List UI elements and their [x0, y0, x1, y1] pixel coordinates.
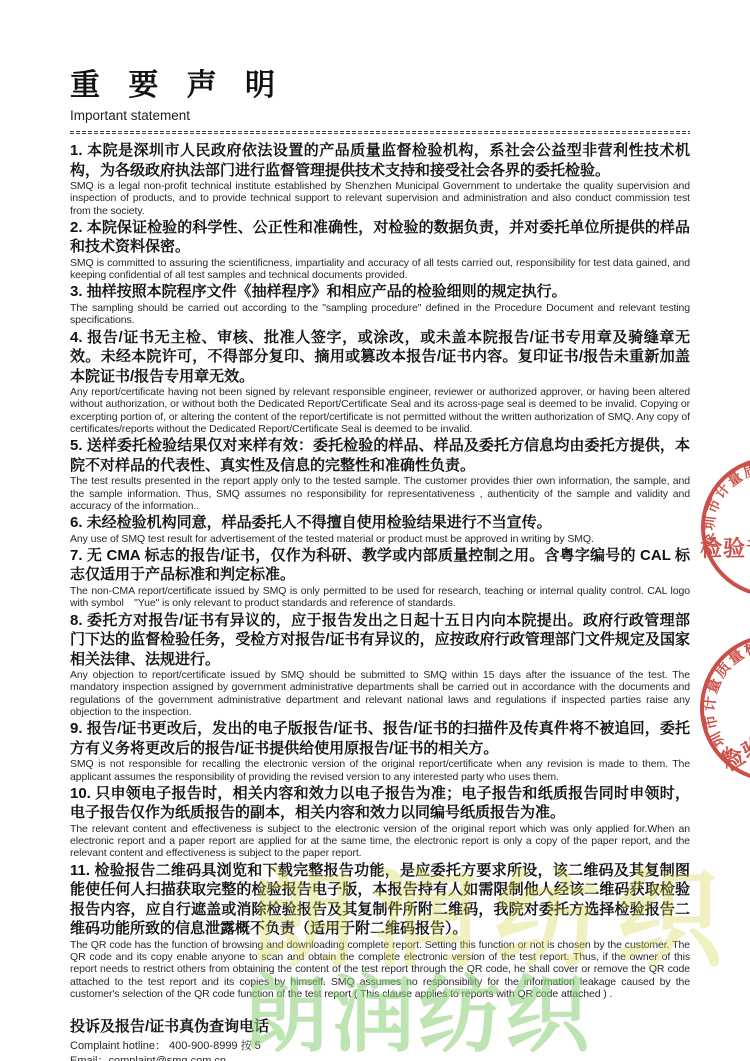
statement-text-zh: 1. 本院是深圳市人民政府依法设置的产品质量监督检验机构，系社会公益型非营利性技… — [70, 141, 690, 180]
statement-text-zh: 10. 只申领电子报告时，相关内容和效力以电子报告为准；电子报告和纸质报告同时申… — [70, 784, 690, 823]
statement-text-en: The relevant content and effectiveness i… — [70, 823, 690, 860]
statement-text-zh: 8. 委托方对报告/证书有异议的，应于报告发出之日起十五日内向本院提出。政府行政… — [70, 611, 690, 670]
seal-inner-text: 检验专用章 — [718, 697, 750, 776]
seal-arc-text: 深圳市计量质量检测研究院 — [701, 459, 750, 549]
statement-item: 7. 无 CMA 标志的报告/证书，仅作为科研、教学或内部质量控制之用。含粤字编… — [70, 546, 690, 610]
statement-text-zh: 7. 无 CMA 标志的报告/证书，仅作为科研、教学或内部质量控制之用。含粤字编… — [70, 546, 690, 585]
seal-inner-text: 检验专用章 — [700, 536, 750, 561]
statement-item: 8. 委托方对报告/证书有异议的，应于报告发出之日起十五日内向本院提出。政府行政… — [70, 611, 690, 719]
statement-text-en: The sampling should be carried out accor… — [70, 302, 690, 327]
statement-text-zh: 11. 检验报告二维码具浏览和下载完整报告功能，是应委托方要求所设，该二维码及其… — [70, 861, 690, 939]
statement-item: 5. 送样委托检验结果仅对来样有效：委托检验的样品、样品及委托方信息均由委托方提… — [70, 436, 690, 512]
statement-item: 10. 只申领电子报告时，相关内容和效力以电子报告为准；电子报告和纸质报告同时申… — [70, 784, 690, 860]
footer-hotline: Complaint hotline： 400-900-8999 按 5 — [70, 1039, 690, 1054]
red-seal-stamp-top: 深圳市计量质量检测研究院 检验专用章 — [696, 452, 750, 602]
statement-text-zh: 3. 抽样按照本院程序文件《抽样程序》和相应产品的检验细则的规定执行。 — [70, 282, 690, 302]
page-subtitle: Important statement — [70, 108, 690, 123]
statement-text-zh: 6. 未经检验机构同意，样品委托人不得擅自使用检验结果进行不当宣传。 — [70, 513, 690, 533]
footer-title: 投诉及报告/证书真伪查询电话 — [70, 1015, 690, 1036]
statement-text-en: Any objection to report/certificate issu… — [70, 669, 690, 718]
statement-list: 1. 本院是深圳市人民政府依法设置的产品质量监督检验机构，系社会公益型非营利性技… — [70, 141, 690, 1000]
statement-text-en: SMQ is committed to assuring the scienti… — [70, 257, 690, 282]
statement-item: 4. 报告/证书无主检、审核、批准人签字，或涂改，或未盖本院报告/证书专用章及骑… — [70, 328, 690, 436]
document-page: 重 要 声 明 Important statement 1. 本院是深圳市人民政… — [0, 0, 750, 1061]
statement-text-zh: 5. 送样委托检验结果仅对来样有效：委托检验的样品、样品及委托方信息均由委托方提… — [70, 436, 690, 475]
statement-item: 1. 本院是深圳市人民政府依法设置的产品质量监督检验机构，系社会公益型非营利性技… — [70, 141, 690, 217]
statement-text-zh: 2. 本院保证检验的科学性、公正性和准确性，对检验的数据负责，并对委托单位所提供… — [70, 218, 690, 257]
statement-text-en: Any use of SMQ test result for advertise… — [70, 533, 690, 545]
page-title: 重 要 声 明 — [70, 60, 690, 104]
statement-item: 6. 未经检验机构同意，样品委托人不得擅自使用检验结果进行不当宣传。 Any u… — [70, 513, 690, 545]
statement-item: 2. 本院保证检验的科学性、公正性和准确性，对检验的数据负责，并对委托单位所提供… — [70, 218, 690, 282]
document-footer: 投诉及报告/证书真伪查询电话 Complaint hotline： 400-90… — [70, 1015, 690, 1061]
statement-text-en: Any report/certificate having not been s… — [70, 386, 690, 435]
divider-dashed-line — [70, 131, 690, 134]
svg-text:深圳市计量质量检测研究院: 深圳市计量质量检测研究院 — [701, 459, 750, 549]
statement-text-en: The non-CMA report/certificate issued by… — [70, 585, 690, 610]
statement-text-en: SMQ is a legal non-profit technical inst… — [70, 180, 690, 217]
document-header: 重 要 声 明 Important statement — [70, 60, 690, 134]
statement-text-en: The test results presented in the report… — [70, 475, 690, 512]
footer-email: Email：complaint@smq.com.cn — [70, 1054, 690, 1061]
statement-text-zh: 4. 报告/证书无主检、审核、批准人签字，或涂改，或未盖本院报告/证书专用章及骑… — [70, 328, 690, 387]
statement-text-en: The QR code has the function of browsing… — [70, 939, 690, 1000]
statement-text-en: SMQ is not responsible for recalling the… — [70, 758, 690, 783]
statement-text-zh: 9. 报告/证书更改后，发出的电子版报告/证书、报告/证书的扫描件及传真件将不被… — [70, 719, 690, 758]
statement-item: 11. 检验报告二维码具浏览和下载完整报告功能，是应委托方要求所设，该二维码及其… — [70, 861, 690, 1000]
statement-item: 9. 报告/证书更改后，发出的电子版报告/证书、报告/证书的扫描件及传真件将不被… — [70, 719, 690, 783]
statement-item: 3. 抽样按照本院程序文件《抽样程序》和相应产品的检验细则的规定执行。 The … — [70, 282, 690, 326]
